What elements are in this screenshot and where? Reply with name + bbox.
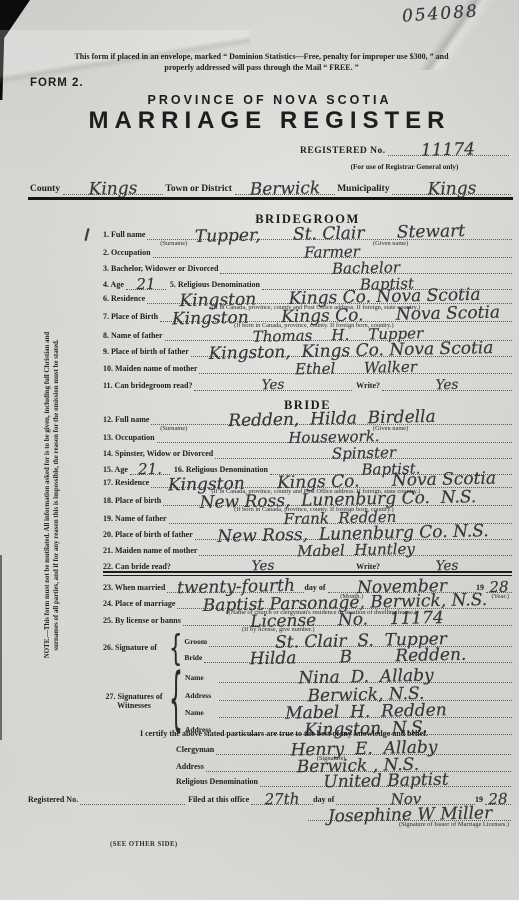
clergyman-label: Clergyman bbox=[176, 745, 216, 755]
row-groom-father-birthplace: 9. Place of birth of father Kingston, Ki… bbox=[103, 341, 512, 357]
bride-section: BRIDE 12. Full name Redden, Hilda Birdel… bbox=[103, 398, 512, 572]
denomination-value: United Baptist bbox=[323, 773, 449, 791]
county-label: County bbox=[28, 184, 63, 195]
handwritten-value: Ethel Walker bbox=[295, 360, 417, 378]
field-label: 1. Full name bbox=[103, 230, 147, 240]
handwritten-value: Yes bbox=[262, 378, 285, 393]
county-field: Kings bbox=[63, 194, 163, 195]
name-label: Name bbox=[185, 673, 219, 683]
province-heading: PROVINCE OF NOVA SCOTIA bbox=[30, 93, 509, 107]
surname-note: (Surname) bbox=[160, 425, 187, 432]
mail-notice-line1: This form if placed in an envelope, mark… bbox=[38, 52, 485, 63]
scan-edge-shadow bbox=[0, 555, 2, 740]
row-witness1-address: Address Berwick, N.S. bbox=[185, 683, 512, 701]
field-label: 17. Residence bbox=[103, 478, 151, 488]
given-name-note: (Given name) bbox=[373, 240, 408, 247]
see-other-side-note: (SEE OTHER SIDE) bbox=[110, 841, 178, 848]
registered-line bbox=[80, 804, 185, 805]
row-witness1-name: Name Nina D. Allaby bbox=[185, 668, 512, 683]
scan-corner-shadow bbox=[0, 0, 30, 100]
row-issuer-signature: Josephine W Miller bbox=[308, 805, 511, 821]
groom-label: Groom bbox=[184, 637, 209, 647]
field-line: Farmer bbox=[153, 257, 512, 258]
read-line: Yes bbox=[194, 390, 352, 391]
double-rule bbox=[103, 571, 512, 576]
witnesses-label: 27. Signatures of Witnesses bbox=[103, 692, 165, 710]
marriage-section: 23. When married twenty-fourth day of No… bbox=[103, 571, 512, 736]
filed-label: Filed at this office bbox=[185, 795, 251, 805]
county-value: Kings bbox=[89, 181, 138, 197]
field-label: 19. Name of father bbox=[103, 514, 169, 524]
mail-notice-line2: properly addressed will pass through the… bbox=[38, 63, 485, 74]
row-bride-residence: 17. Residence Kingston Kings Co. Nova Sc… bbox=[103, 475, 512, 488]
age-line: 21. bbox=[130, 474, 170, 475]
municipality-field: Kings bbox=[392, 194, 511, 195]
denomination-label: Religious Denomination bbox=[176, 777, 260, 787]
registered-label: Registered No. bbox=[28, 795, 80, 805]
row-groom-mother: 10. Maiden name of mother Ethel Walker bbox=[103, 357, 512, 374]
denomination-line: United Baptist bbox=[260, 786, 511, 787]
field-label: 10. Maiden name of mother bbox=[103, 364, 199, 374]
margin-note-line1: NOTE.—This form must not be mutilated. A… bbox=[44, 276, 53, 714]
registered-no-row: REGISTERED No. 11174 bbox=[300, 146, 509, 156]
field-label: 21. Maiden name of mother bbox=[103, 546, 199, 556]
field-label: 20. Place of birth of father bbox=[103, 530, 195, 540]
field-line: New Ross, Lunenburg Co. N.S. bbox=[195, 539, 512, 540]
page-title: MARRIAGE REGISTER bbox=[30, 107, 509, 135]
row-bride-mother: 21. Maiden name of mother Mabel Huntley bbox=[103, 540, 512, 556]
address-label: Address bbox=[176, 762, 206, 772]
form-number: FORM 2. bbox=[30, 77, 84, 89]
row-place-of-marriage: 24. Place of marriage Baptist Parsonage,… bbox=[103, 599, 512, 609]
field-line: Housework. bbox=[157, 442, 512, 443]
town-field: Berwick bbox=[235, 194, 335, 195]
field-label: 8. Name of father bbox=[103, 331, 165, 341]
county-row: County Kings Town or District Berwick Mu… bbox=[28, 175, 511, 195]
mail-notice: This form if placed in an envelope, mark… bbox=[38, 52, 485, 73]
section-divider bbox=[28, 197, 513, 200]
witness-address-line: Berwick, N.S. bbox=[219, 700, 512, 701]
field-label: 13. Occupation bbox=[103, 433, 157, 443]
row-groom-full-name: 1. Full name Tupper, St. Clair Stewart bbox=[103, 227, 512, 240]
handwritten-value: Mabel Huntley bbox=[297, 542, 415, 559]
certification-section: I certify the above stated particulars a… bbox=[28, 729, 511, 828]
surname-note: (Surname) bbox=[160, 240, 187, 247]
signature-of-block: 26. Signature of { Groom St. Clair S. Tu… bbox=[103, 631, 512, 664]
row-witness2-name: Name Mabel H. Redden bbox=[185, 701, 512, 718]
field-label: 7. Place of Birth bbox=[103, 312, 160, 322]
row-bride-occupation: 13. Occupation Housework. bbox=[103, 431, 512, 443]
filed-day: 27th bbox=[265, 792, 300, 808]
field-label: 5. Religious Denomination bbox=[166, 280, 262, 290]
stray-pen-mark bbox=[84, 228, 89, 241]
year-note: (Year.) bbox=[492, 593, 509, 600]
row-groom-occupation: 2. Occupation Farmer bbox=[103, 246, 512, 258]
row-bride-father-birthplace: 20. Place of birth of father New Ross, L… bbox=[103, 524, 512, 540]
handwritten-value: 21 bbox=[136, 277, 155, 292]
field-label: 25. By license or banns bbox=[103, 616, 183, 626]
bride-signature: Hilda B Redden. bbox=[250, 648, 467, 668]
write-line: Yes bbox=[382, 390, 512, 391]
bride-label: Bride bbox=[184, 653, 204, 663]
handwritten-value: Farmer bbox=[304, 244, 360, 260]
field-line: Kingston, Kings Co. Nova Scotia bbox=[191, 356, 512, 357]
issuer-note: (Signature of Issuer of Marriage License… bbox=[399, 821, 509, 828]
handwritten-value: 21. bbox=[138, 462, 162, 477]
field-label: 6. Residence bbox=[103, 294, 147, 304]
row-bride-birthplace: 18. Place of birth New Ross, Lunenburg C… bbox=[103, 494, 512, 506]
field-line: Mabel Huntley bbox=[199, 555, 512, 556]
witness-name-line: Nina D. Allaby bbox=[219, 682, 512, 683]
witness-name-line: Mabel H. Redden bbox=[219, 717, 512, 718]
field-label: 3. Bachelor, Widower or Divorced bbox=[103, 264, 220, 274]
registered-no-value: 11174 bbox=[421, 142, 475, 158]
bride-signature-line: Hilda B Redden. bbox=[204, 662, 512, 663]
field-line: Ethel Walker bbox=[199, 373, 512, 374]
field-label: 4. Age bbox=[103, 280, 126, 290]
witnesses-label-line2: Witnesses bbox=[103, 701, 165, 710]
day-of-label: day of bbox=[304, 583, 327, 593]
field-label: 15. Age bbox=[103, 465, 130, 475]
municipality-label: Municipality bbox=[335, 184, 392, 195]
row-clergyman: Clergyman Henry E. Allaby bbox=[176, 738, 511, 755]
write-label: Write? bbox=[352, 381, 382, 391]
signature-of-label: 26. Signature of bbox=[103, 643, 165, 652]
field-label: 23. When married bbox=[103, 583, 167, 593]
field-label: 2. Occupation bbox=[103, 248, 153, 258]
margin-note: NOTE.—This form must not be mutilated. A… bbox=[44, 276, 61, 714]
witness-rows: Name Nina D. Allaby Address Berwick, N.S… bbox=[185, 668, 512, 735]
address-label: Address bbox=[185, 691, 219, 701]
registered-no-label: REGISTERED No. bbox=[300, 146, 388, 156]
row-license: 25. By license or banns License No. 1117… bbox=[103, 615, 512, 626]
witnesses-block: 27. Signatures of Witnesses { Name Nina … bbox=[103, 666, 512, 736]
certify-statement: I certify the above stated particulars a… bbox=[140, 729, 511, 738]
field-label: 12. Full name bbox=[103, 415, 151, 425]
witnesses-label-line1: 27. Signatures of bbox=[103, 692, 165, 701]
field-line: Spinster bbox=[215, 458, 512, 459]
stamp-number: 054088 bbox=[401, 1, 479, 26]
row-groom-residence: 6. Residence Kingston Kings Co. Nova Sco… bbox=[103, 290, 512, 304]
row-bride-full-name: 12. Full name Redden, Hilda Birdella bbox=[103, 412, 512, 425]
town-value: Berwick bbox=[250, 181, 321, 197]
marriage-register-scan: 054088 This form if placed in an envelop… bbox=[0, 0, 519, 900]
row-groom-birthplace: 7. Place of Birth Kingston Kings Co. Nov… bbox=[103, 310, 512, 322]
field-label: 9. Place of birth of father bbox=[103, 347, 191, 357]
field-label: 14. Spinster, Widow or Divorced bbox=[103, 449, 215, 459]
row-clergyman-address: Address Berwick , N.S. bbox=[176, 760, 511, 772]
handwritten-value: Yes bbox=[436, 378, 459, 393]
registered-no-field: 11174 bbox=[388, 155, 509, 156]
row-denomination: Religious Denomination United Baptist bbox=[176, 772, 511, 787]
margin-note-line2: surnames of all parties, and if for any … bbox=[53, 276, 62, 714]
field-label: 18. Place of birth bbox=[103, 496, 163, 506]
field-line: Bachelor bbox=[220, 273, 512, 274]
municipality-value: Kings bbox=[427, 181, 476, 197]
signature-rows: Groom St. Clair S. Tupper Bride Hilda B … bbox=[184, 632, 512, 663]
row-bride-signature: Bride Hilda B Redden. bbox=[184, 647, 512, 663]
town-label: Town or District bbox=[163, 184, 235, 195]
field-label: 24. Place of marriage bbox=[103, 599, 177, 609]
registrar-note: (For use of Registrar General only) bbox=[300, 163, 509, 171]
sub-notes: (If by license, give number.) bbox=[103, 626, 512, 631]
filed-day-line: 27th bbox=[251, 804, 313, 805]
age-line: 21 bbox=[126, 289, 166, 290]
sub-notes: (Signature of Issuer of Marriage License… bbox=[308, 821, 511, 828]
bridegroom-section: BRIDEGROOM 1. Full name Tupper, St. Clai… bbox=[103, 212, 512, 391]
name-label: Name bbox=[185, 708, 219, 718]
day-of-label: day of bbox=[313, 795, 336, 805]
field-label: 11. Can bridegroom read? bbox=[103, 381, 194, 391]
